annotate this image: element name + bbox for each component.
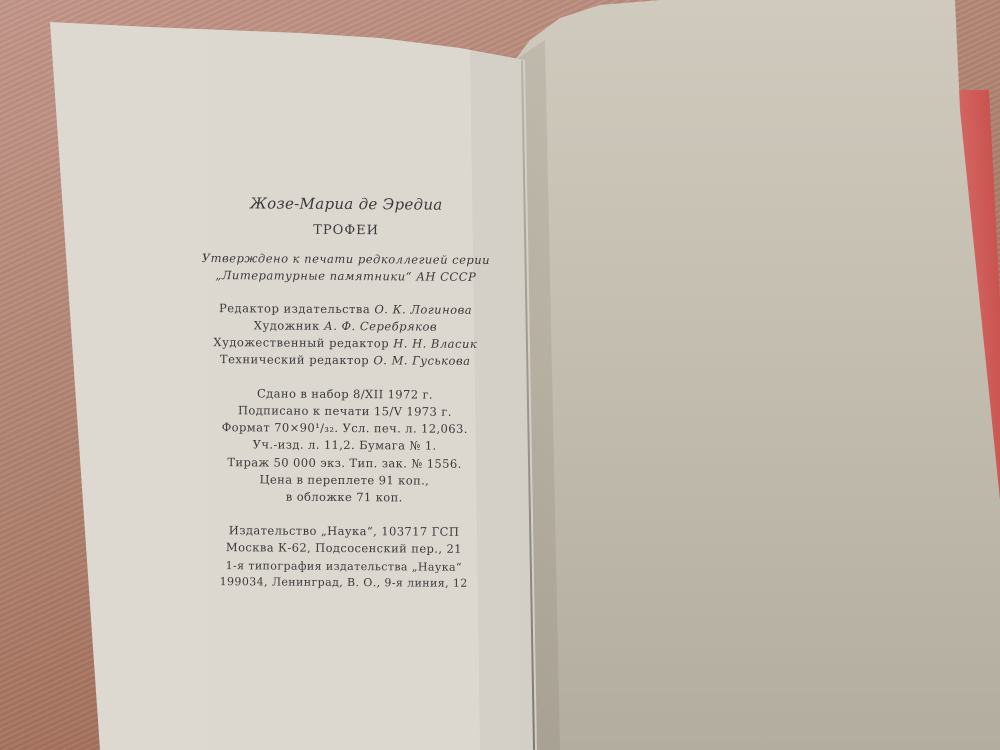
imprint-price-paperback: в обложке 71 коп. (194, 491, 494, 505)
credit-editor: Редактор издательства О. К. Логинова (196, 303, 496, 317)
colophon-text: Жозе-Мариа де Эредиа ТРОФЕИ Утверждено к… (194, 196, 497, 594)
approval-line-2: „Литературные памятники“ АН СССР (196, 269, 496, 283)
credit-role: Редактор издательства (219, 301, 370, 316)
book-title: ТРОФЕИ (196, 223, 496, 238)
credit-tech-editor: Технический редактор О. М. Гуськова (195, 354, 495, 368)
printer-line-2: 199034, Ленинград, В. О., 9-я линия, 12 (194, 576, 494, 589)
printer-line-1: 1-я типография издательства „Наука“ (194, 560, 494, 573)
approval-line-1: Утверждено к печати редколлегией серии (196, 253, 496, 267)
publisher-line-1: Издательство „Наука“, 103717 ГСП (194, 525, 494, 539)
publisher-line-2: Москва К-62, Подсосенский пер., 21 (194, 542, 494, 556)
credit-role: Художественный редактор (213, 335, 389, 350)
publisher-info: Издательство „Наука“, 103717 ГСП Москва … (194, 525, 494, 556)
author-name: Жозе-Мариа де Эредиа (196, 196, 496, 213)
imprint-details: Сдано в набор 8/XII 1972 г. Подписано к … (194, 387, 495, 504)
imprint-print-run: Тираж 50 000 экз. Тип. зак. № 1556. (194, 457, 494, 471)
printer-info: 1-я типография издательства „Наука“ 1990… (194, 560, 494, 589)
imprint-price-hardcover: Цена в переплете 91 коп., (194, 474, 494, 488)
imprint-typeset-date: Сдано в набор 8/XII 1972 г. (195, 387, 495, 401)
imprint-format: Формат 70×90¹/₃₂. Усл. печ. л. 12,063. (195, 422, 495, 436)
credit-name: О. К. Логинова (374, 302, 472, 317)
credit-artist: Художник А. Ф. Серебряков (195, 320, 495, 334)
credit-name: А. Ф. Серебряков (324, 319, 437, 334)
credit-name: Н. Н. Власик (393, 336, 477, 351)
credit-role: Технический редактор (220, 352, 369, 367)
credit-role: Художник (254, 318, 320, 332)
credit-name: О. М. Гуськова (373, 353, 470, 368)
imprint-sheets: Уч.-изд. л. 11,2. Бумага № 1. (195, 439, 495, 453)
credit-art-editor: Художественный редактор Н. Н. Власик (195, 337, 495, 351)
credits: Редактор издательства О. К. Логинова Худ… (195, 303, 495, 368)
imprint-signed-date: Подписано к печати 15/V 1973 г. (195, 405, 495, 419)
